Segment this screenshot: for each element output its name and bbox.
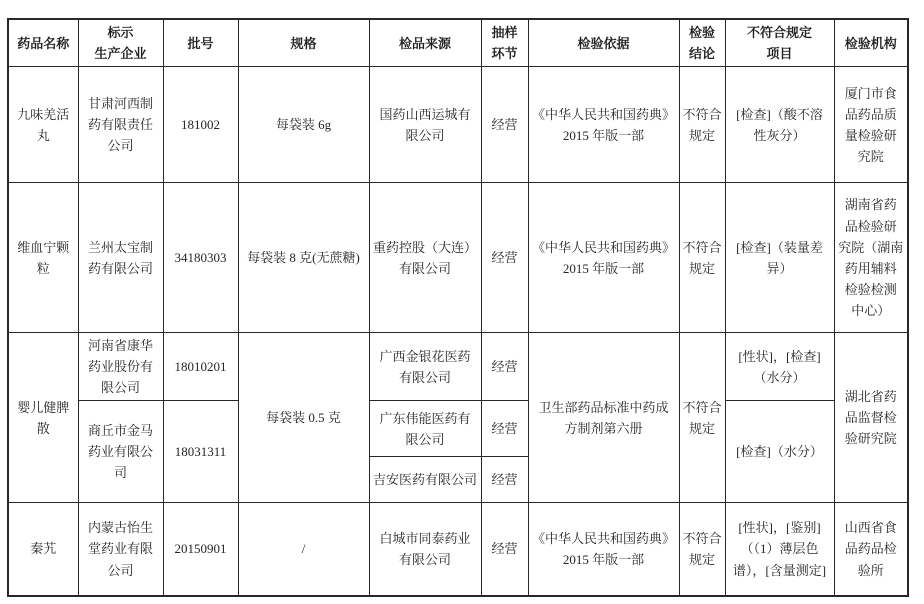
cell-inspection-basis: 《中华人民共和国药典》 2015 年版一部 <box>528 183 679 333</box>
cell-drug-name: 维血宁颗 粒 <box>8 183 78 333</box>
cell-manufacturer: 河南省康华 药业股份有 限公司 <box>78 333 163 401</box>
cell-sampling-stage: 经营 <box>481 67 528 183</box>
column-header-sampling-stage: 抽样 环节 <box>481 19 528 67</box>
cell-sample-source: 广西金银花医药 有限公司 <box>369 333 481 401</box>
column-header-inspection-agency: 检验机构 <box>834 19 908 67</box>
drug-inspection-table: 药品名称 标示 生产企业 批号 规格 检品来源 抽样 环节 检验依据 检验 结论… <box>7 18 909 597</box>
cell-inspection-basis: 《中华人民共和国药典》 2015 年版一部 <box>528 503 679 596</box>
cell-manufacturer: 内蒙古怡生 堂药业有限 公司 <box>78 503 163 596</box>
cell-specification: 每袋装 0.5 克 <box>238 333 369 503</box>
cell-batch-no: 18031311 <box>163 401 238 503</box>
cell-inspection-basis: 《中华人民共和国药典》 2015 年版一部 <box>528 67 679 183</box>
column-header-manufacturer: 标示 生产企业 <box>78 19 163 67</box>
cell-nonconforming-items: [性状]，[鉴别] （（1）薄层色 谱），[含量测定] <box>725 503 834 596</box>
cell-nonconforming-items: [检查]（水分） <box>725 401 834 503</box>
cell-nonconforming-items: [检查]（装量差 异） <box>725 183 834 333</box>
cell-drug-name: 九味羌活 丸 <box>8 67 78 183</box>
cell-nonconforming-items: [性状]，[检查] （水分） <box>725 333 834 401</box>
column-header-inspection-basis: 检验依据 <box>528 19 679 67</box>
cell-batch-no: 34180303 <box>163 183 238 333</box>
cell-sampling-stage: 经营 <box>481 457 528 503</box>
table-row: 秦艽 内蒙古怡生 堂药业有限 公司 20150901 / 白城市同泰药业 有限公… <box>8 503 908 596</box>
cell-conclusion: 不符合 规定 <box>679 333 725 503</box>
cell-sample-source: 白城市同泰药业 有限公司 <box>369 503 481 596</box>
cell-inspection-agency: 湖北省药 品监督检 验研究院 <box>834 333 908 503</box>
page: 药品名称 标示 生产企业 批号 规格 检品来源 抽样 环节 检验依据 检验 结论… <box>0 0 924 604</box>
cell-sampling-stage: 经营 <box>481 503 528 596</box>
cell-sample-source: 吉安医药有限公司 <box>369 457 481 503</box>
cell-specification: 每袋装 8 克(无蔗糖) <box>238 183 369 333</box>
table-row: 维血宁颗 粒 兰州太宝制 药有限公司 34180303 每袋装 8 克(无蔗糖)… <box>8 183 908 333</box>
cell-conclusion: 不符合 规定 <box>679 67 725 183</box>
cell-sampling-stage: 经营 <box>481 183 528 333</box>
column-header-sample-source: 检品来源 <box>369 19 481 67</box>
cell-sample-source: 重药控股（大连） 有限公司 <box>369 183 481 333</box>
cell-sample-source: 国药山西运城有 限公司 <box>369 67 481 183</box>
table-row: 商丘市金马 药业有限公 司 18031311 广东伟能医药有 限公司 经营 [检… <box>8 401 908 457</box>
cell-conclusion: 不符合 规定 <box>679 183 725 333</box>
cell-sampling-stage: 经营 <box>481 401 528 457</box>
cell-inspection-agency: 湖南省药 品检验研 究院（湖南 药用辅料 检验检测 中心） <box>834 183 908 333</box>
cell-specification: / <box>238 503 369 596</box>
cell-drug-name: 婴儿健脾 散 <box>8 333 78 503</box>
cell-manufacturer: 甘肃河西制 药有限责任 公司 <box>78 67 163 183</box>
cell-inspection-basis: 卫生部药品标准中药成 方制剂第六册 <box>528 333 679 503</box>
cell-drug-name: 秦艽 <box>8 503 78 596</box>
cell-specification: 每袋装 6g <box>238 67 369 183</box>
cell-inspection-agency: 山西省食 品药品检 验所 <box>834 503 908 596</box>
cell-nonconforming-items: [检查]（酸不溶 性灰分） <box>725 67 834 183</box>
column-header-batch-no: 批号 <box>163 19 238 67</box>
cell-batch-no: 20150901 <box>163 503 238 596</box>
column-header-specification: 规格 <box>238 19 369 67</box>
cell-batch-no: 18010201 <box>163 333 238 401</box>
cell-sampling-stage: 经营 <box>481 333 528 401</box>
table-row: 婴儿健脾 散 河南省康华 药业股份有 限公司 18010201 每袋装 0.5 … <box>8 333 908 401</box>
cell-manufacturer: 兰州太宝制 药有限公司 <box>78 183 163 333</box>
cell-inspection-agency: 厦门市食 品药品质 量检验研 究院 <box>834 67 908 183</box>
table-row: 九味羌活 丸 甘肃河西制 药有限责任 公司 181002 每袋装 6g 国药山西… <box>8 67 908 183</box>
cell-manufacturer: 商丘市金马 药业有限公 司 <box>78 401 163 503</box>
column-header-drug-name: 药品名称 <box>8 19 78 67</box>
column-header-conclusion: 检验 结论 <box>679 19 725 67</box>
cell-batch-no: 181002 <box>163 67 238 183</box>
cell-sample-source: 广东伟能医药有 限公司 <box>369 401 481 457</box>
header-row: 药品名称 标示 生产企业 批号 规格 检品来源 抽样 环节 检验依据 检验 结论… <box>8 19 908 67</box>
cell-conclusion: 不符合 规定 <box>679 503 725 596</box>
column-header-nonconforming-items: 不符合规定 项目 <box>725 19 834 67</box>
